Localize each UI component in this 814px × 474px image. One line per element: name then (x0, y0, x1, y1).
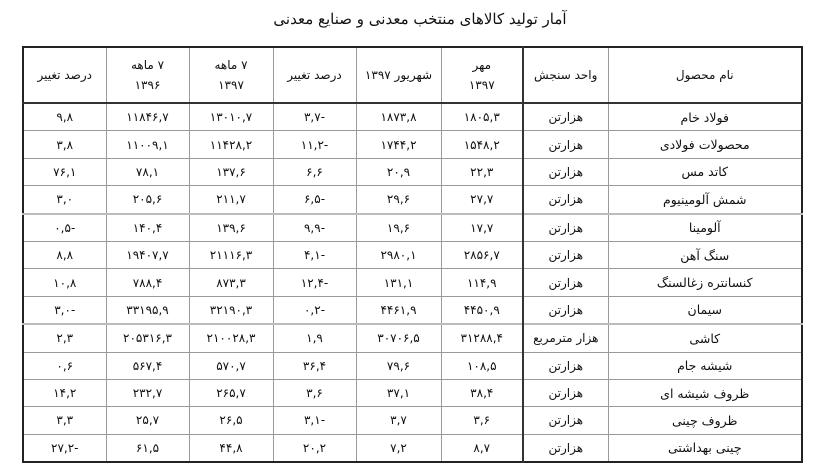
cell-shahrivar: ۷۹,۶ (356, 352, 441, 379)
cell-unit: هزارتن (523, 214, 608, 242)
table-row: -۰,۵۱۴۰,۴۱۳۹,۶-۹,۹۱۹,۶۱۷,۷هزارتنآلومینا (23, 214, 802, 242)
cell-product: ظروف چینی (608, 407, 802, 434)
cell-mehr: ۳۱۲۸۸,۴ (441, 324, 523, 352)
cell-mehr: ۸,۷ (441, 434, 523, 462)
cell-seven96: ۲۳۲,۷ (106, 379, 189, 406)
cell-unit: هزارتن (523, 158, 608, 185)
header-change-monthly: درصد تغییر (273, 47, 356, 103)
header-shahrivar-1397: شهریور ۱۳۹۷ (356, 47, 441, 103)
cell-product: محصولات فولادی (608, 131, 802, 158)
cell-product: ظروف شیشه ای (608, 379, 802, 406)
cell-change1: ۳,۶ (273, 379, 356, 406)
cell-seven97: ۴۴,۸ (189, 434, 273, 462)
cell-shahrivar: ۳,۷ (356, 407, 441, 434)
cell-product: سیمان (608, 296, 802, 324)
cell-change2: ۹,۸ (23, 103, 106, 131)
cell-shahrivar: ۲۹,۶ (356, 186, 441, 214)
header-7month-1397: ۷ ماهه۱۳۹۷ (189, 47, 273, 103)
cell-seven97: ۱۳۰۱۰,۷ (189, 103, 273, 131)
cell-unit: هزارتن (523, 379, 608, 406)
cell-unit: هزارتن (523, 131, 608, 158)
cell-seven96: ۲۰۵,۶ (106, 186, 189, 214)
cell-mehr: ۳,۶ (441, 407, 523, 434)
cell-product: چینی بهداشتی (608, 434, 802, 462)
cell-change1: -۳,۱ (273, 407, 356, 434)
cell-change1: ۳۶,۴ (273, 352, 356, 379)
cell-seven96: ۵۶۷,۴ (106, 352, 189, 379)
table-row: ۱۴,۲۲۳۲,۷۲۶۵,۷۳,۶۳۷,۱۳۸,۴هزارتنظروف شیشه… (23, 379, 802, 406)
cell-seven96: ۶۱,۵ (106, 434, 189, 462)
cell-mehr: ۱۰۸,۵ (441, 352, 523, 379)
table-row: ۱۰,۸۷۸۸,۴۸۷۳,۳-۱۲,۴۱۳۱,۱۱۱۴,۹هزارتنکنسان… (23, 269, 802, 296)
cell-unit: هزارتن (523, 186, 608, 214)
cell-shahrivar: ۲۰,۹ (356, 158, 441, 185)
table-row: ۸,۸۱۹۴۰۷,۷۲۱۱۱۶,۳-۴,۱۲۹۸۰,۱۲۸۵۶,۷هزارتنس… (23, 241, 802, 268)
cell-unit: هزارتن (523, 241, 608, 268)
cell-unit: هزارتن (523, 296, 608, 324)
cell-change2: ۳,۳ (23, 407, 106, 434)
cell-product: شمش آلومینیوم (608, 186, 802, 214)
cell-seven96: ۱۴۰,۴ (106, 214, 189, 242)
table-row: ۷۶,۱۷۸,۱۱۳۷,۶۶,۶۲۰,۹۲۲,۳هزارتنکاتد مس (23, 158, 802, 185)
cell-unit: هزارتن (523, 434, 608, 462)
cell-change2: ۷۶,۱ (23, 158, 106, 185)
cell-change2: ۰,۶ (23, 352, 106, 379)
cell-change2: -۲۷,۲ (23, 434, 106, 462)
cell-change1: -۱۱,۲ (273, 131, 356, 158)
cell-shahrivar: ۱۳۱,۱ (356, 269, 441, 296)
cell-mehr: ۳۸,۴ (441, 379, 523, 406)
cell-seven96: ۷۸۸,۴ (106, 269, 189, 296)
cell-change2: ۸,۸ (23, 241, 106, 268)
cell-product: کاشی (608, 324, 802, 352)
cell-mehr: ۱۱۴,۹ (441, 269, 523, 296)
cell-change1: ۲۰,۲ (273, 434, 356, 462)
table-row: ۳,۰۲۰۵,۶۲۱۱,۷-۶,۵۲۹,۶۲۷,۷هزارتنشمش آلومی… (23, 186, 802, 214)
header-product: نام محصول (608, 47, 802, 103)
cell-change2: ۳,۸ (23, 131, 106, 158)
cell-mehr: ۱۸۰۵,۳ (441, 103, 523, 131)
cell-shahrivar: ۱۹,۶ (356, 214, 441, 242)
cell-change2: ۲,۳ (23, 324, 106, 352)
cell-change2: ۳,۰ (23, 186, 106, 214)
cell-seven97: ۲۱۱۱۶,۳ (189, 241, 273, 268)
cell-shahrivar: ۳۷,۱ (356, 379, 441, 406)
cell-seven96: ۳۳۱۹۵,۹ (106, 296, 189, 324)
cell-unit: هزارتن (523, 352, 608, 379)
cell-mehr: ۱۵۴۸,۲ (441, 131, 523, 158)
cell-change1: -۱۲,۴ (273, 269, 356, 296)
cell-shahrivar: ۳۰۷۰۶,۵ (356, 324, 441, 352)
cell-shahrivar: ۱۸۷۳,۸ (356, 103, 441, 131)
cell-seven97: ۳۲۱۹۰,۳ (189, 296, 273, 324)
cell-product: فولاد خام (608, 103, 802, 131)
header-row: درصد تغییر ۷ ماهه۱۳۹۶ ۷ ماهه۱۳۹۷ درصد تغ… (23, 47, 802, 103)
table-row: ۲,۳۲۰۵۳۱۶,۳۲۱۰۰۲۸,۳۱,۹۳۰۷۰۶,۵۳۱۲۸۸,۴هزار… (23, 324, 802, 352)
header-change-7month: درصد تغییر (23, 47, 106, 103)
cell-shahrivar: ۱۷۴۴,۲ (356, 131, 441, 158)
cell-shahrivar: ۷,۲ (356, 434, 441, 462)
cell-seven97: ۱۳۷,۶ (189, 158, 273, 185)
production-table: درصد تغییر ۷ ماهه۱۳۹۶ ۷ ماهه۱۳۹۷ درصد تغ… (22, 46, 803, 463)
cell-change1: -۹,۹ (273, 214, 356, 242)
table-row: ۰,۶۵۶۷,۴۵۷۰,۷۳۶,۴۷۹,۶۱۰۸,۵هزارتنشیشه جام (23, 352, 802, 379)
cell-change1: ۶,۶ (273, 158, 356, 185)
cell-seven97: ۲۶۵,۷ (189, 379, 273, 406)
table-row: ۳,۸۱۱۰۰۹,۱۱۱۴۲۸,۲-۱۱,۲۱۷۴۴,۲۱۵۴۸,۲هزارتن… (23, 131, 802, 158)
cell-product: کاتد مس (608, 158, 802, 185)
cell-change2: ۱۴,۲ (23, 379, 106, 406)
cell-change1: -۳,۷ (273, 103, 356, 131)
cell-shahrivar: ۲۹۸۰,۱ (356, 241, 441, 268)
cell-mehr: ۲۸۵۶,۷ (441, 241, 523, 268)
cell-product: شیشه جام (608, 352, 802, 379)
cell-seven97: ۱۳۹,۶ (189, 214, 273, 242)
table-row: ۹,۸۱۱۸۴۶,۷۱۳۰۱۰,۷-۳,۷۱۸۷۳,۸۱۸۰۵,۳هزارتنف… (23, 103, 802, 131)
cell-seven96: ۱۱۸۴۶,۷ (106, 103, 189, 131)
cell-change1: -۰,۲ (273, 296, 356, 324)
cell-seven96: ۲۰۵۳۱۶,۳ (106, 324, 189, 352)
cell-change1: -۴,۱ (273, 241, 356, 268)
cell-change1: -۶,۵ (273, 186, 356, 214)
cell-seven96: ۲۵,۷ (106, 407, 189, 434)
cell-product: کنسانتره زغالسنگ (608, 269, 802, 296)
cell-seven97: ۲۶,۵ (189, 407, 273, 434)
cell-seven97: ۸۷۳,۳ (189, 269, 273, 296)
cell-change2: -۰,۵ (23, 214, 106, 242)
cell-change2: ۱۰,۸ (23, 269, 106, 296)
cell-seven97: ۲۱۰۰۲۸,۳ (189, 324, 273, 352)
cell-shahrivar: ۴۴۶۱,۹ (356, 296, 441, 324)
cell-change2: -۳,۰ (23, 296, 106, 324)
cell-unit: هزارتن (523, 407, 608, 434)
table-row: -۲۷,۲۶۱,۵۴۴,۸۲۰,۲۷,۲۸,۷هزارتنچینی بهداشت… (23, 434, 802, 462)
cell-unit: هزار مترمربع (523, 324, 608, 352)
cell-product: آلومینا (608, 214, 802, 242)
table-row: ۳,۳۲۵,۷۲۶,۵-۳,۱۳,۷۳,۶هزارتنظروف چینی (23, 407, 802, 434)
cell-seven97: ۲۱۱,۷ (189, 186, 273, 214)
cell-mehr: ۴۴۵۰,۹ (441, 296, 523, 324)
cell-unit: هزارتن (523, 269, 608, 296)
header-7month-1396: ۷ ماهه۱۳۹۶ (106, 47, 189, 103)
cell-seven96: ۱۹۴۰۷,۷ (106, 241, 189, 268)
cell-mehr: ۲۲,۳ (441, 158, 523, 185)
cell-seven97: ۵۷۰,۷ (189, 352, 273, 379)
table-row: -۳,۰۳۳۱۹۵,۹۳۲۱۹۰,۳-۰,۲۴۴۶۱,۹۴۴۵۰,۹هزارتن… (23, 296, 802, 324)
cell-seven96: ۷۸,۱ (106, 158, 189, 185)
cell-seven96: ۱۱۰۰۹,۱ (106, 131, 189, 158)
cell-mehr: ۲۷,۷ (441, 186, 523, 214)
table-title: آمار تولید کالاهای منتخب معدنی و صنایع م… (220, 10, 620, 28)
cell-unit: هزارتن (523, 103, 608, 131)
header-mehr-1397: مهر۱۳۹۷ (441, 47, 523, 103)
cell-product: سنگ آهن (608, 241, 802, 268)
cell-change1: ۱,۹ (273, 324, 356, 352)
header-unit: واحد سنجش (523, 47, 608, 103)
cell-mehr: ۱۷,۷ (441, 214, 523, 242)
cell-seven97: ۱۱۴۲۸,۲ (189, 131, 273, 158)
